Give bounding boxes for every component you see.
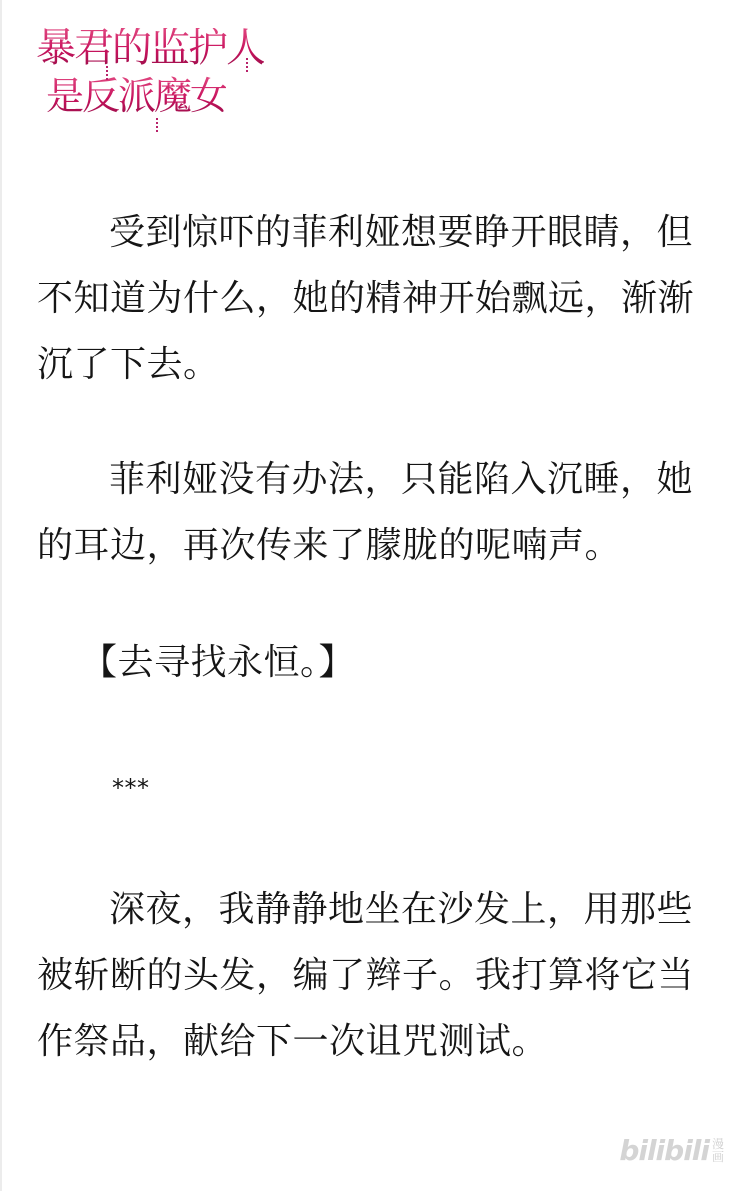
paragraph-line: 作祭品，献给下一次诅咒测试。 (37, 1009, 727, 1075)
paragraph-line: 被斩断的头发，编了辫子。我打算将它当 (37, 943, 727, 1009)
paragraph-line: 深夜，我静静地坐在沙发上，用那些 (37, 877, 727, 943)
watermark-side-top: 漫 (712, 1138, 724, 1151)
logo-ornament-dots (106, 66, 110, 80)
series-title-logo: 暴君的监护人 是反派魔女 (36, 26, 266, 136)
logo-ornament-dots (156, 118, 160, 132)
scene-break-asterisks: *** (37, 755, 727, 821)
watermark-side-bottom: 画 (712, 1151, 724, 1164)
logo-title-line-2: 是反派魔女 (46, 76, 226, 116)
paragraph-line: 沉了下去。 (37, 332, 727, 398)
paragraph-line: 不知道为什么，她的精神开始飘远，渐渐 (37, 266, 727, 332)
story-paragraph-3: 深夜，我静静地坐在沙发上，用那些 被斩断的头发，编了辫子。我打算将它当 作祭品，… (37, 877, 727, 1075)
watermark-side-label: 漫 画 (712, 1138, 724, 1164)
paragraph-line: 菲利娅没有办法，只能陷入沉睡，她 (37, 447, 727, 513)
paragraph-line: 受到惊吓的菲利娅想要睁开眼睛，但 (37, 200, 727, 266)
story-quote: 【去寻找永恒。】 (37, 630, 727, 696)
quote-line: 【去寻找永恒。】 (37, 630, 727, 696)
paragraph-line: 的耳边，再次传来了朦胧的呢喃声。 (37, 513, 727, 579)
watermark-brand: bilibili (619, 1134, 709, 1167)
scene-break: *** (37, 755, 727, 821)
story-paragraph-1: 受到惊吓的菲利娅想要睁开眼睛，但 不知道为什么，她的精神开始飘远，渐渐 沉了下去… (37, 200, 727, 398)
bilibili-comics-watermark: bilibili 漫 画 (619, 1134, 724, 1167)
logo-ornament-dots (246, 58, 250, 72)
page-left-border (0, 0, 2, 1191)
story-paragraph-2: 菲利娅没有办法，只能陷入沉睡，她 的耳边，再次传来了朦胧的呢喃声。 (37, 447, 727, 579)
logo-title-line-1: 暴君的监护人 (36, 28, 264, 68)
